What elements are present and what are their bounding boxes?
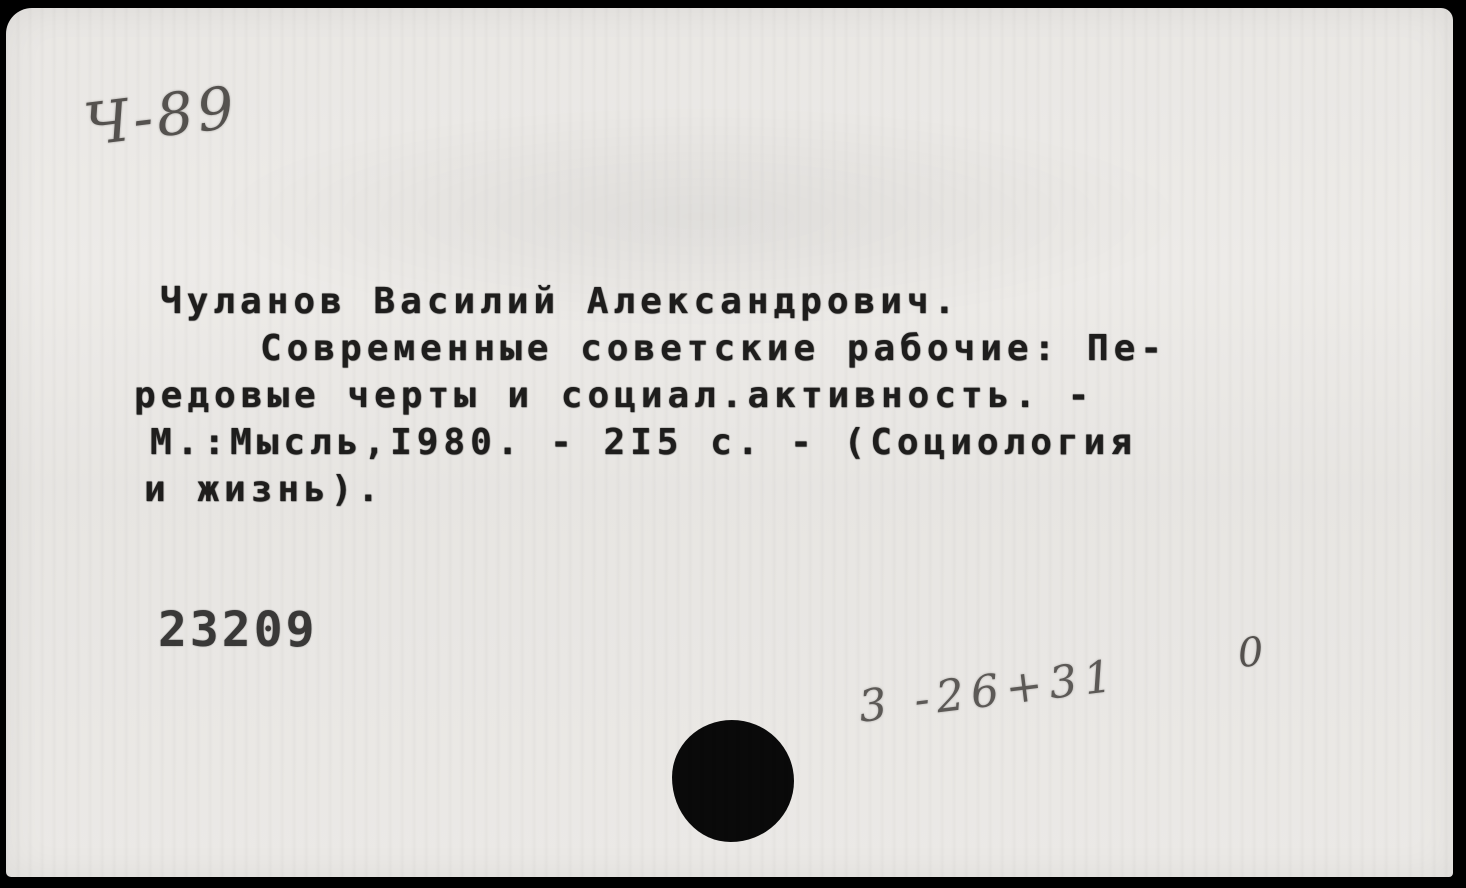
entry-title-line: Современные советские рабочие: Пе- xyxy=(260,325,1167,372)
entry-author-line: Чуланов Василий Александрович. xyxy=(160,278,1167,325)
punch-hole-mark xyxy=(672,720,794,842)
handwritten-zero-mark: 0 xyxy=(1236,629,1265,677)
bibliographic-entry: Чуланов Василий Александрович. Современн… xyxy=(134,278,1167,513)
handwritten-call-number: Ч-89 xyxy=(80,73,241,159)
catalog-card: Ч-89 Чуланов Василий Александрович. Совр… xyxy=(6,8,1453,877)
entry-subtitle-line: редовые черты и социал.активность. - xyxy=(134,372,1167,419)
entry-series-line: и жизнь). xyxy=(144,466,1167,513)
scanned-catalog-card-scan: Ч-89 Чуланов Василий Александрович. Совр… xyxy=(0,0,1466,888)
handwritten-pencil-note: 3 -26+31 xyxy=(856,650,1122,733)
accession-number: 23209 xyxy=(158,602,318,658)
entry-imprint-line: М.:Мысль,I980. - 2I5 с. - (Социология xyxy=(150,419,1167,466)
